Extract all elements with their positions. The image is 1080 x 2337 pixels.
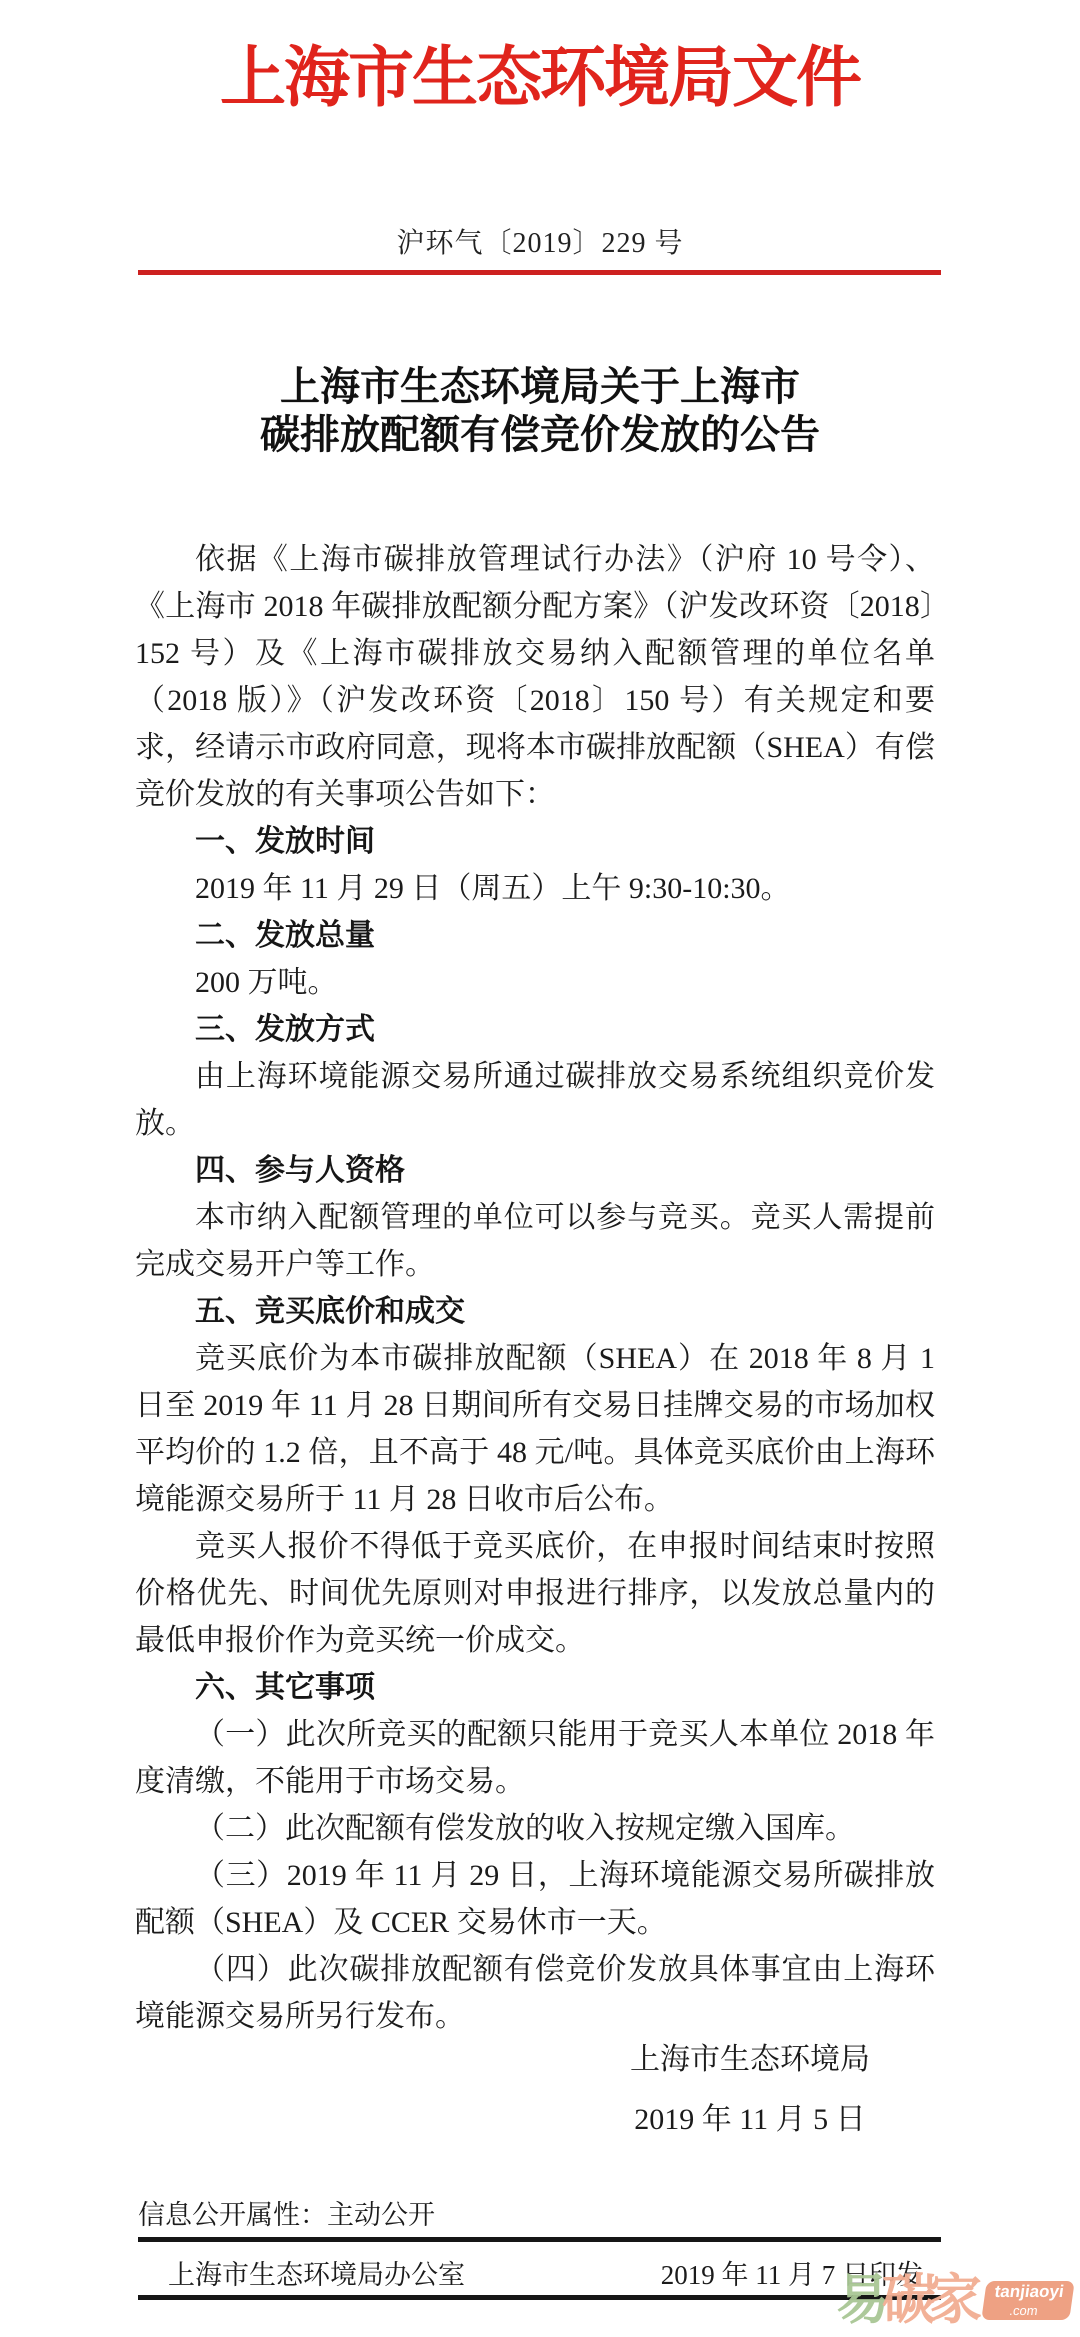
section-3-paragraph: 由上海环境能源交易所通过碳排放交易系统组织竞价发放。 <box>135 1053 935 1147</box>
section-4-heading: 四、参与人资格 <box>135 1147 935 1194</box>
watermark-characters: 易碳家 <box>836 2273 974 2327</box>
section-6-paragraph-4: （四）此次碳排放配额有偿竞价发放具体事宜由上海环境能源交易所另行发布。 <box>135 1946 935 2040</box>
section-2-heading: 二、发放总量 <box>135 912 935 959</box>
footer-issuing-office: 上海市生态环境局办公室 <box>138 2258 465 2292</box>
footer-row: 上海市生态环境局办公室 2019 年 11 月 7 日印发 <box>138 2258 941 2292</box>
section-2-paragraph: 200 万吨。 <box>135 959 935 1006</box>
watermark-domain-badge: tanjiaoyi .com <box>981 2281 1074 2320</box>
disclosure-note: 信息公开属性：主动公开 <box>138 2198 435 2232</box>
document-body: 依据《上海市碳排放管理试行办法》（沪府 10 号令）、《上海市 2018 年碳排… <box>0 536 1080 2040</box>
section-5-heading: 五、竞买底价和成交 <box>135 1288 935 1335</box>
document-title-line1: 上海市生态环境局关于上海市 <box>280 364 800 409</box>
signature-agency: 上海市生态环境局 <box>630 2043 870 2077</box>
watermark-char-jia: 家 <box>928 2270 974 2330</box>
document-title: 上海市生态环境局关于上海市 碳排放配额有偿竞价发放的公告 <box>0 363 1080 459</box>
section-6-paragraph-1: （一）此次所竞买的配额只能用于竞买人本单位 2018 年度清缴，不能用于市场交易… <box>135 1711 935 1805</box>
section-1-heading: 一、发放时间 <box>135 818 935 865</box>
document-number: 沪环气〔2019〕229 号 <box>0 228 1080 260</box>
section-6-heading: 六、其它事项 <box>135 1664 935 1711</box>
section-5-paragraph-1: 竞买底价为本市碳排放配额（SHEA）在 2018 年 8 月 1 日至 2019… <box>135 1335 935 1523</box>
footer-rule-bottom <box>138 2295 941 2300</box>
section-6-paragraph-3: （三）2019 年 11 月 29 日，上海环境能源交易所碳排放配额（SHEA）… <box>135 1852 935 1946</box>
intro-paragraph: 依据《上海市碳排放管理试行办法》（沪府 10 号令）、《上海市 2018 年碳排… <box>135 536 935 818</box>
watermark-char-yi: 易 <box>836 2270 882 2330</box>
section-3-heading: 三、发放方式 <box>135 1006 935 1053</box>
agency-header-title: 上海市生态环境局文件 <box>0 0 1080 122</box>
site-watermark: 易碳家 tanjiaoyi .com <box>836 2273 1072 2327</box>
official-document-page: 上海市生态环境局文件 沪环气〔2019〕229 号 上海市生态环境局关于上海市 … <box>0 0 1080 2337</box>
watermark-domain-tld: .com <box>1008 2303 1044 2318</box>
section-6-paragraph-2: （二）此次配额有偿发放的收入按规定缴入国库。 <box>135 1805 935 1852</box>
red-divider-rule <box>138 270 941 275</box>
footer-rule-top <box>138 2237 941 2242</box>
watermark-domain-name: tanjiaoyi <box>993 2282 1065 2301</box>
document-title-line2: 碳排放配额有偿竞价发放的公告 <box>260 412 820 457</box>
signature-block: 上海市生态环境局 2019 年 11 月 5 日 <box>630 2043 870 2137</box>
section-4-paragraph: 本市纳入配额管理的单位可以参与竞买。竞买人需提前完成交易开户等工作。 <box>135 1194 935 1288</box>
signature-date: 2019 年 11 月 5 日 <box>630 2103 870 2137</box>
section-1-paragraph: 2019 年 11 月 29 日（周五）上午 9:30-10:30。 <box>135 865 935 912</box>
watermark-char-tan: 碳 <box>882 2270 928 2330</box>
section-5-paragraph-2: 竞买人报价不得低于竞买底价，在申报时间结束时按照价格优先、时间优先原则对申报进行… <box>135 1523 935 1664</box>
